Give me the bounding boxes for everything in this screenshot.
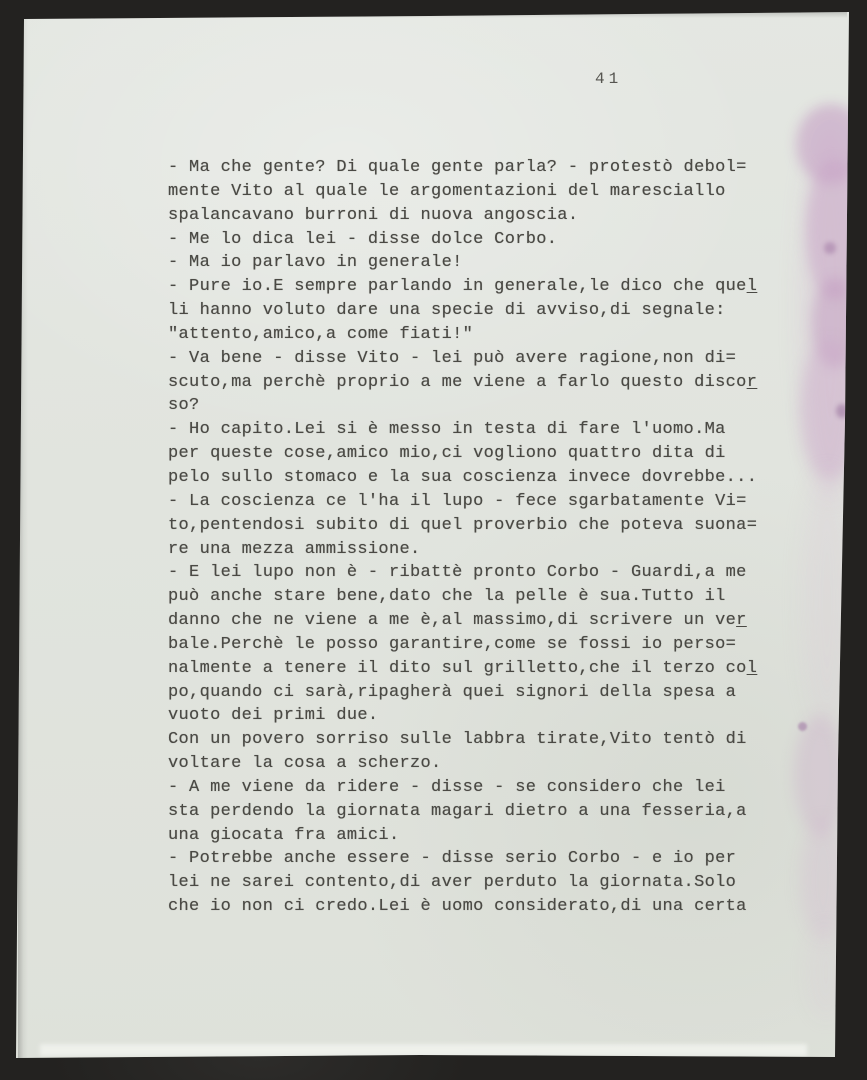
ink-stain: [798, 722, 807, 731]
text-line: una giocata fra amici.: [168, 824, 768, 848]
text-line: per queste cose,amico mio,ci vogliono qu…: [168, 442, 768, 466]
text-line: mente Vito al quale le argomentazioni de…: [168, 180, 768, 204]
text-line: so?: [168, 394, 768, 418]
text-line: bale.Perchè le posso garantire,come se f…: [168, 633, 768, 657]
text-line: spalancavano burroni di nuova angoscia.: [168, 204, 768, 228]
text-line: - Va bene - disse Vito - lei può avere r…: [168, 347, 768, 371]
paper-sheet: 41 - Ma che gente? Di quale gente parla?…: [0, 0, 867, 1080]
text-line: scuto,ma perchè proprio a me viene a far…: [168, 371, 768, 395]
text-line: - Pure io.E sempre parlando in generale,…: [168, 275, 768, 299]
ink-stain: [800, 820, 846, 940]
text-line: po,quando ci sarà,ripagherà quei signori…: [168, 681, 768, 705]
paper-edge-highlight-bottom: [40, 1044, 807, 1056]
ink-stain: [824, 242, 836, 254]
text-line: - Me lo dica lei - disse dolce Corbo.: [168, 228, 768, 252]
text-line: lei ne sarei contento,di aver perduto la…: [168, 871, 768, 895]
scan-background: 41 - Ma che gente? Di quale gente parla?…: [0, 0, 867, 1080]
paper-edge-shadow-left: [18, 16, 28, 1060]
text-line: - Ma io parlavo in generale!: [168, 251, 768, 275]
text-line: to,pentendosi subito di quel proverbio c…: [168, 514, 768, 538]
typewritten-text: - Ma che gente? Di quale gente parla? - …: [168, 156, 768, 919]
text-line: - A me viene da ridere - disse - se cons…: [168, 776, 768, 800]
text-line: nalmente a tenere il dito sul grilletto,…: [168, 657, 768, 681]
text-line: - E lei lupo non è - ribattè pronto Corb…: [168, 561, 768, 585]
text-line: vuoto dei primi due.: [168, 704, 768, 728]
text-line: li hanno voluto dare una specie di avvis…: [168, 299, 768, 323]
text-line: re una mezza ammissione.: [168, 538, 768, 562]
text-line: Con un povero sorriso sulle labbra tirat…: [168, 728, 768, 752]
text-line: - Ho capito.Lei si è messo in testa di f…: [168, 418, 768, 442]
ink-stain: [806, 925, 846, 1020]
text-line: danno che ne viene a me è,al massimo,di …: [168, 609, 768, 633]
text-line: - La coscienza ce l'ha il lupo - fece sg…: [168, 490, 768, 514]
text-line: - Potrebbe anche essere - disse serio Co…: [168, 847, 768, 871]
text-line: pelo sullo stomaco e la sua coscienza in…: [168, 466, 768, 490]
text-line: può anche stare bene,dato che la pelle è…: [168, 585, 768, 609]
page-number: 41: [595, 70, 622, 88]
ink-stain: [802, 470, 852, 730]
ink-stain: [794, 715, 846, 835]
paper-edge-shadow-top: [20, 11, 847, 18]
ink-stain: [800, 340, 860, 480]
text-line: - Ma che gente? Di quale gente parla? - …: [168, 156, 768, 180]
text-line: sta perdendo la giornata magari dietro a…: [168, 800, 768, 824]
text-line: che io non ci credo.Lei è uomo considera…: [168, 895, 768, 919]
text-line: voltare la cosa a scherzo.: [168, 752, 768, 776]
ink-stain: [836, 404, 848, 418]
text-line: "attento,amico,a come fiati!": [168, 323, 768, 347]
